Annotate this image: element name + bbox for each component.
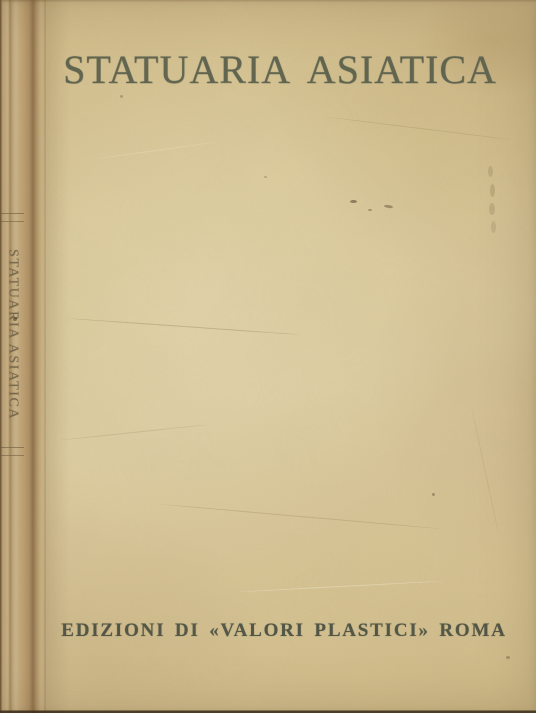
stain-speck [120, 95, 123, 98]
spine-label: STATUARIA ASIATICA [0, 213, 25, 456]
stain-speck [384, 204, 393, 208]
stain-speck [506, 656, 510, 659]
photo-vignette [0, 0, 536, 713]
smudge-mark [489, 203, 495, 215]
stain-speck [432, 493, 435, 496]
scratch-mark [329, 117, 513, 141]
stain-speck [13, 317, 17, 321]
scratch-mark [158, 504, 442, 530]
scratch-mark [238, 581, 443, 593]
stain-speck [350, 200, 357, 203]
paper-grain-texture [0, 0, 536, 713]
publisher-imprint: EDIZIONI DI «VALORI PLASTICI» ROMA [32, 620, 536, 642]
spine-title: STATUARIA ASIATICA [5, 249, 21, 420]
book-cover-photo: STATUARIA ASIATICA STATUARIA ASIATICA ED… [0, 0, 536, 713]
spine-hinge-shadow [44, 0, 70, 713]
smudge-mark [491, 221, 496, 233]
spine-bottom-double-rule [1, 447, 24, 456]
stain-speck [264, 176, 267, 178]
cover-title: STATUARIA ASIATICA [24, 46, 536, 93]
scratch-mark [471, 407, 499, 534]
scratch-mark [66, 318, 300, 335]
stain-speck [368, 209, 372, 211]
spine-top-double-rule [1, 213, 24, 222]
scratch-mark [97, 142, 216, 160]
smudge-mark [490, 184, 495, 197]
smudge-mark [488, 166, 493, 177]
scratch-mark [58, 424, 207, 441]
